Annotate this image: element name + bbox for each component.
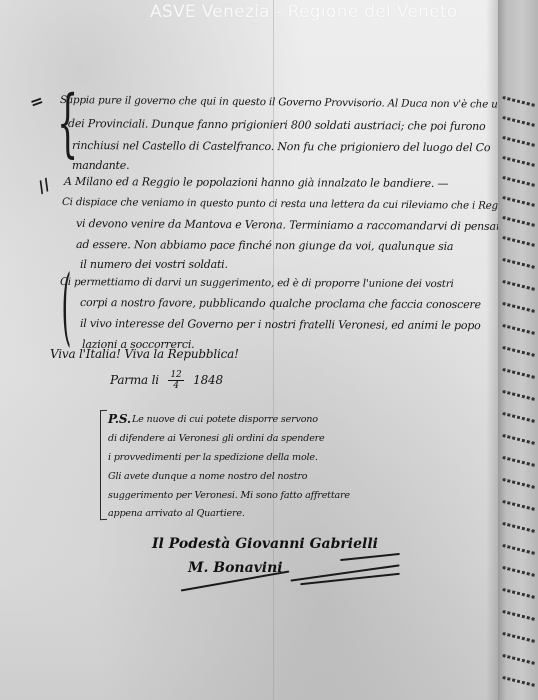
letter-date: Parma li 12 4 1848 — [110, 370, 223, 391]
facing-text-line — [502, 566, 536, 577]
facing-text-line — [502, 500, 536, 511]
postscript-label: P.S. — [108, 412, 131, 426]
margin-mark-icon: = — [27, 90, 46, 112]
facing-text-line — [502, 196, 536, 207]
facing-text-line — [502, 346, 536, 357]
date-place: Parma li — [110, 373, 159, 387]
facing-text-line — [502, 136, 536, 147]
paragraph-1-line-2: dei Provinciali. Dunque fanno prigionier… — [68, 117, 486, 133]
facing-text-line — [502, 610, 536, 621]
facing-text-line — [502, 632, 536, 643]
postscript-line-1: Le nuove di cui potete disporre servono — [132, 414, 318, 425]
postscript-line-3: i provvedimenti per la spedizione della … — [108, 452, 318, 463]
facing-text-line — [502, 236, 536, 247]
facing-text-line — [502, 324, 536, 335]
facing-text-line — [502, 478, 536, 489]
date-month: 4 — [168, 381, 183, 391]
closing-salutation: Viva l'Italia! Viva la Repubblica! — [50, 347, 239, 361]
paragraph-2-line-2: Ci dispiace che veniamo in questo punto … — [62, 196, 508, 212]
paragraph-2-line-3: vi devono venire da Mantova e Verona. Te… — [76, 217, 507, 233]
paragraph-1-line-1: Sappia pure il governo che qui in questo… — [60, 94, 538, 111]
facing-text-line — [502, 116, 536, 127]
facing-text-line — [502, 156, 536, 167]
facing-text-line — [502, 522, 536, 533]
facing-text-line — [502, 654, 536, 665]
facing-text-line — [502, 676, 536, 687]
postscript-line-4: Gli avete dunque a nome nostro del nostr… — [108, 471, 307, 482]
facing-text-line — [502, 302, 536, 313]
date-fraction: 12 4 — [168, 370, 183, 391]
paragraph-2-line-1: A Milano ed a Reggio le popolazioni hann… — [64, 175, 448, 190]
date-year: 1848 — [193, 373, 223, 387]
facing-text-line — [502, 216, 536, 227]
archive-watermark: ASVE Venezia - Regione del Veneto — [150, 2, 490, 22]
postscript-line-6: appena arrivato al Quartiere. — [108, 508, 245, 519]
paragraph-3-line-1: Ci permettiamo di darvi un suggerimento,… — [60, 276, 454, 290]
paragraph-2-line-5: il numero dei vostri soldati. — [80, 258, 228, 271]
paragraph-1-line-4: mandante. — [72, 159, 129, 172]
paragraph-2-line-4: ad essere. Non abbiamo pace finché non g… — [76, 238, 453, 253]
facing-text-line — [502, 434, 536, 445]
postscript-bracket — [100, 410, 107, 520]
margin-mark-icon: // — [35, 174, 54, 196]
facing-text-line — [502, 280, 536, 291]
facing-text-line — [502, 588, 536, 599]
postscript-line-2: di difendere ai Veronesi gli ordini da s… — [108, 433, 325, 444]
facing-text-line — [502, 544, 536, 555]
scanned-letter-page: ASVE Venezia - Regione del Veneto = { Sa… — [0, 0, 538, 700]
facing-text-line — [502, 176, 536, 187]
signature-1: Il Podestà Giovanni Gabrielli — [152, 536, 378, 552]
facing-text-line — [502, 412, 536, 423]
facing-page-edge — [498, 0, 538, 700]
paragraph-3-line-3: il vivo interesse del Governo per i nost… — [80, 317, 481, 332]
postscript-line-5: suggerimento per Veronesi. Mi sono fatto… — [108, 490, 350, 501]
facing-text-line — [502, 258, 536, 269]
facing-text-line — [502, 456, 536, 467]
date-day: 12 — [168, 370, 183, 381]
facing-text-line — [502, 96, 536, 107]
signature-flourish — [340, 553, 400, 561]
paragraph-1-line-3: rinchiusi nel Castello di Castelfranco. … — [72, 139, 490, 154]
facing-text-line — [502, 390, 536, 401]
facing-text-line — [502, 368, 536, 379]
paragraph-3-line-2: corpi a nostro favore, pubblicando qualc… — [80, 296, 481, 311]
signature-flourish — [300, 573, 400, 585]
